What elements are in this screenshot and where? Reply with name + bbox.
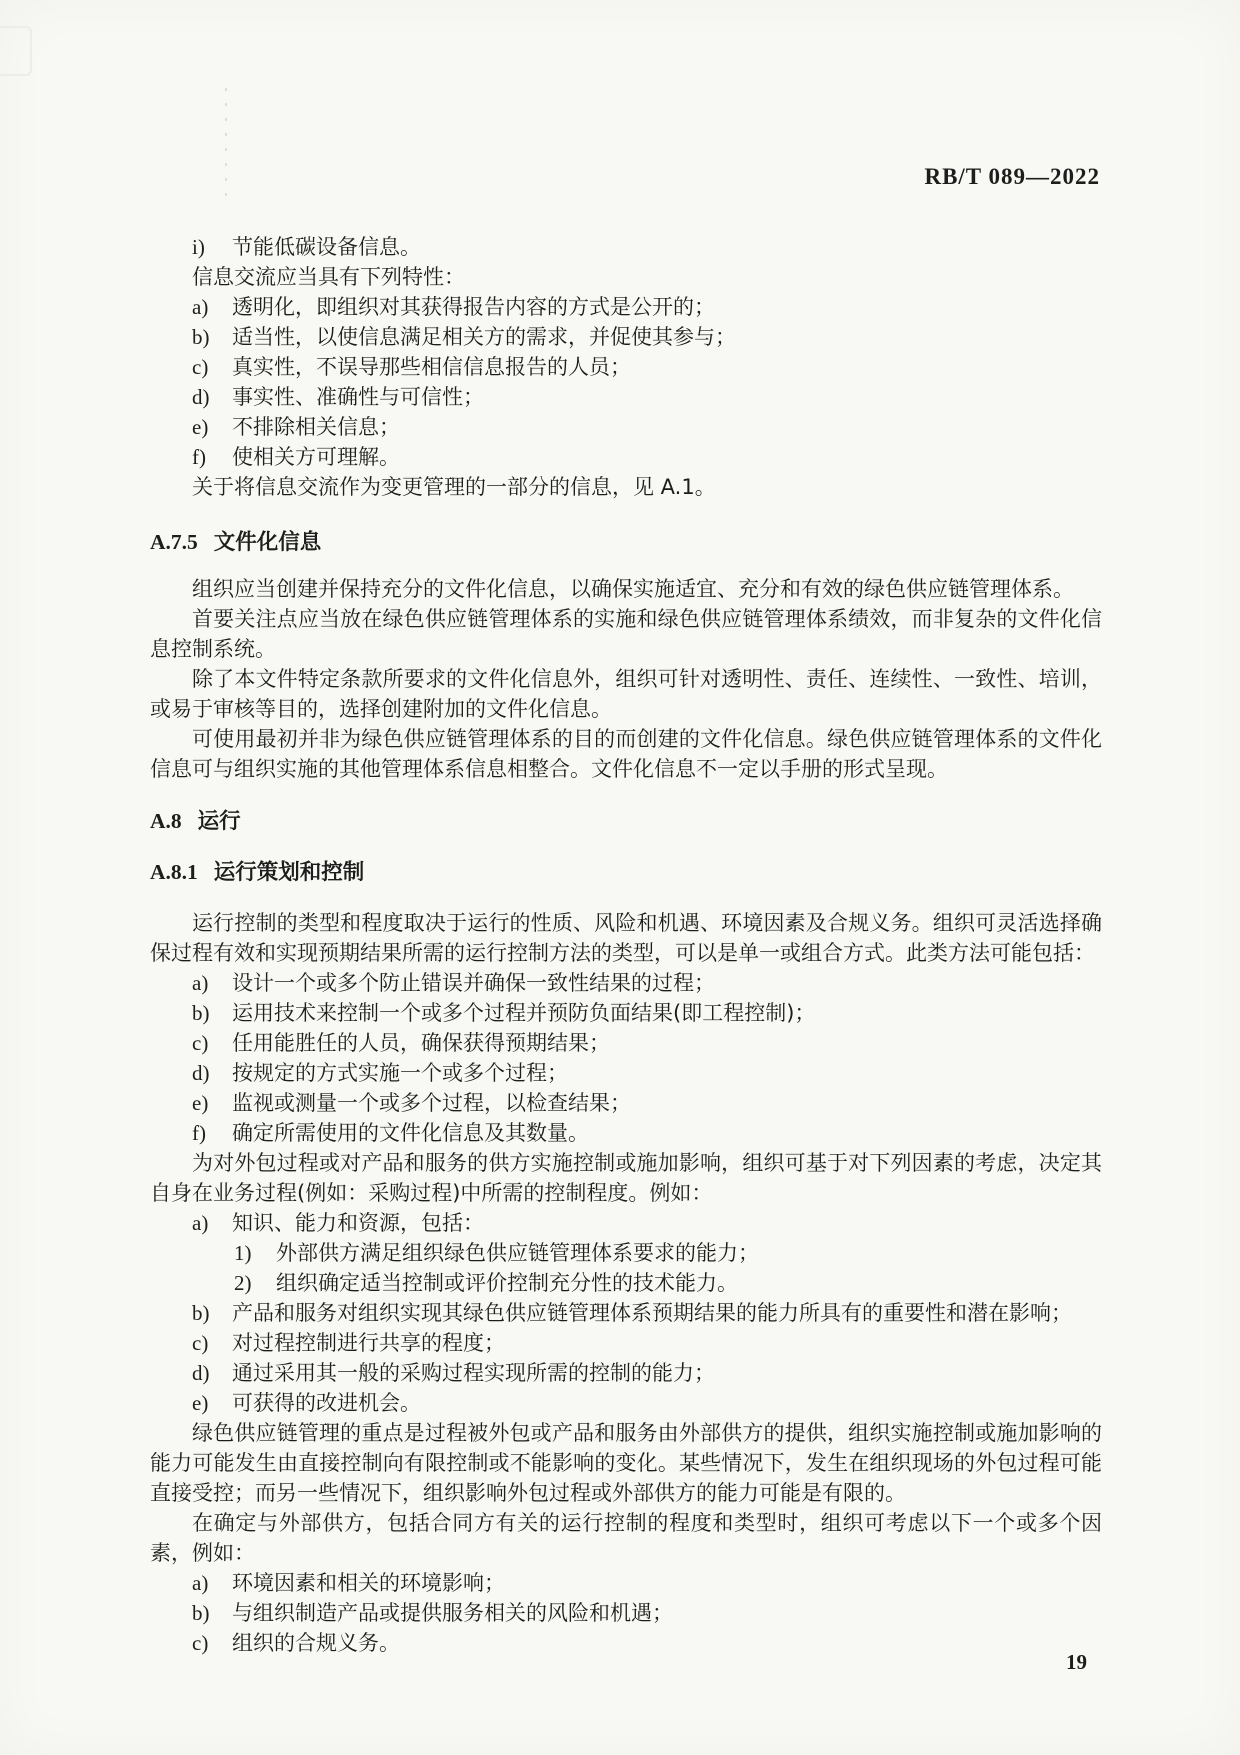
- list-item-text: 通过采用其一般的采购过程实现所需的控制的能力；: [232, 1361, 715, 1385]
- list-item: d)事实性、准确性与可信性；: [150, 382, 1102, 412]
- list-item: c)组织的合规义务。: [150, 1628, 1102, 1658]
- list-item-label: f): [192, 1118, 206, 1148]
- list-item: e)监视或测量一个或多个过程，以检查结果；: [150, 1088, 1102, 1118]
- list-item: b)与组织制造产品或提供服务相关的风险和机遇；: [150, 1598, 1102, 1628]
- paragraph: 在确定与外部供方，包括合同方有关的运行控制的程度和类型时，组织可考虑以下一个或多…: [150, 1508, 1102, 1568]
- list-item-label: c): [192, 1628, 208, 1658]
- list-item: a)透明化，即组织对其获得报告内容的方式是公开的；: [150, 292, 1102, 322]
- list-item-text: 组织确定适当控制或评价控制充分性的技术能力。: [276, 1271, 738, 1295]
- list-item-text: 与组织制造产品或提供服务相关的风险和机遇；: [232, 1601, 673, 1625]
- list-item-text: 适当性，以使信息满足相关方的需求，并促使其参与；: [232, 325, 736, 349]
- paragraph: 首要关注点应当放在绿色供应链管理体系的实施和绿色供应链管理体系绩效，而非复杂的文…: [150, 604, 1102, 664]
- list-item-text: 组织的合规义务。: [232, 1631, 400, 1655]
- sub-list-item: 2)组织确定适当控制或评价控制充分性的技术能力。: [150, 1268, 1102, 1298]
- list-item-label: d): [192, 1058, 210, 1088]
- list-item-text: 使相关方可理解。: [232, 445, 400, 469]
- list-item-label: i): [192, 232, 205, 262]
- list-item-label: b): [192, 1298, 210, 1328]
- section-number: A.8.1: [150, 860, 198, 884]
- section-number: A.7.5: [150, 530, 198, 554]
- section-heading-a75: A.7.5文件化信息: [150, 527, 1102, 558]
- list-item: b)运用技术来控制一个或多个过程并预防负面结果(即工程控制)；: [150, 998, 1102, 1028]
- sub-list-item: 1)外部供方满足组织绿色供应链管理体系要求的能力；: [150, 1238, 1102, 1268]
- list-item-text: 知识、能力和资源，包括：: [232, 1211, 484, 1235]
- section-title: 运行策划和控制: [214, 860, 365, 885]
- section-title: 文件化信息: [214, 530, 322, 555]
- list-item-text: 环境因素和相关的环境影响；: [232, 1571, 505, 1595]
- paragraph: 关于将信息交流作为变更管理的一部分的信息，见 A.1。: [150, 472, 1102, 502]
- list-item: f)使相关方可理解。: [150, 442, 1102, 472]
- list-item-text: 真实性，不误导那些相信信息报告的人员；: [232, 355, 631, 379]
- list-item-label: a): [192, 968, 208, 998]
- section-heading-a81: A.8.1运行策划和控制: [150, 857, 1102, 888]
- list-item-label: b): [192, 998, 210, 1028]
- list-item-label: d): [192, 1358, 210, 1388]
- list-item-label: a): [192, 1568, 208, 1598]
- list-item-label: 2): [234, 1268, 252, 1298]
- list-item: a)设计一个或多个防止错误并确保一致性结果的过程；: [150, 968, 1102, 998]
- list-item-label: e): [192, 412, 208, 442]
- list-item-label: a): [192, 292, 208, 322]
- list-item-text: 设计一个或多个防止错误并确保一致性结果的过程；: [232, 971, 715, 995]
- list-item: b)适当性，以使信息满足相关方的需求，并促使其参与；: [150, 322, 1102, 352]
- section-heading-a8: A.8运行: [150, 806, 1102, 837]
- list-item: b)产品和服务对组织实现其绿色供应链管理体系预期结果的能力所具有的重要性和潜在影…: [150, 1298, 1102, 1328]
- list-item-text: 确定所需使用的文件化信息及其数量。: [232, 1121, 589, 1145]
- paragraph: 可使用最初并非为绿色供应链管理体系的目的而创建的文件化信息。绿色供应链管理体系的…: [150, 724, 1102, 784]
- list-item-text: 透明化，即组织对其获得报告内容的方式是公开的；: [232, 295, 715, 319]
- list-item: i)节能低碳设备信息。: [150, 232, 1102, 262]
- list-item-label: e): [192, 1088, 208, 1118]
- list-item-label: b): [192, 322, 210, 352]
- list-item-label: a): [192, 1208, 208, 1238]
- list-item: e)不排除相关信息；: [150, 412, 1102, 442]
- page-content: i)节能低碳设备信息。 信息交流应当具有下列特性： a)透明化，即组织对其获得报…: [150, 232, 1102, 1658]
- list-item-text: 任用能胜任的人员，确保获得预期结果；: [232, 1031, 610, 1055]
- list-item: a)知识、能力和资源，包括：: [150, 1208, 1102, 1238]
- list-item-label: f): [192, 442, 206, 472]
- list-item-text: 产品和服务对组织实现其绿色供应链管理体系预期结果的能力所具有的重要性和潜在影响；: [232, 1301, 1072, 1325]
- document-code: RB/T 089—2022: [924, 164, 1100, 190]
- document-page: RB/T 089—2022 i)节能低碳设备信息。 信息交流应当具有下列特性： …: [0, 0, 1240, 1755]
- list-item: c)任用能胜任的人员，确保获得预期结果；: [150, 1028, 1102, 1058]
- page-number: 19: [1066, 1650, 1087, 1675]
- paragraph: 信息交流应当具有下列特性：: [150, 262, 1102, 292]
- list-item-text: 按规定的方式实施一个或多个过程；: [232, 1061, 568, 1085]
- list-item: d)按规定的方式实施一个或多个过程；: [150, 1058, 1102, 1088]
- list-item: f)确定所需使用的文件化信息及其数量。: [150, 1118, 1102, 1148]
- paragraph: 绿色供应链管理的重点是过程被外包或产品和服务由外部供方的提供，组织实施控制或施加…: [150, 1418, 1102, 1508]
- list-item-label: c): [192, 352, 208, 382]
- paragraph: 运行控制的类型和程度取决于运行的性质、风险和机遇、环境因素及合规义务。组织可灵活…: [150, 908, 1102, 968]
- list-item-text: 外部供方满足组织绿色供应链管理体系要求的能力；: [276, 1241, 759, 1265]
- list-item-text: 不排除相关信息；: [232, 415, 400, 439]
- list-item: c)真实性，不误导那些相信信息报告的人员；: [150, 352, 1102, 382]
- section-number: A.8: [150, 809, 182, 833]
- list-item-label: 1): [234, 1238, 252, 1268]
- list-item-label: e): [192, 1388, 208, 1418]
- list-item-text: 对过程控制进行共享的程度；: [232, 1331, 505, 1355]
- scan-artifact-dotted-line: [225, 88, 227, 206]
- paragraph: 除了本文件特定条款所要求的文件化信息外，组织可针对透明性、责任、连续性、一致性、…: [150, 664, 1102, 724]
- list-item: c)对过程控制进行共享的程度；: [150, 1328, 1102, 1358]
- list-item: a)环境因素和相关的环境影响；: [150, 1568, 1102, 1598]
- scan-artifact-corner: [0, 26, 32, 76]
- paragraph: 为对外包过程或对产品和服务的供方实施控制或施加影响，组织可基于对下列因素的考虑，…: [150, 1148, 1102, 1208]
- list-item-text: 监视或测量一个或多个过程，以检查结果；: [232, 1091, 631, 1115]
- list-item-label: c): [192, 1028, 208, 1058]
- list-item: e)可获得的改进机会。: [150, 1388, 1102, 1418]
- list-item-label: d): [192, 382, 210, 412]
- section-title: 运行: [198, 809, 241, 834]
- list-item-text: 事实性、准确性与可信性；: [232, 385, 484, 409]
- list-item-text: 节能低碳设备信息。: [232, 235, 421, 259]
- list-item-label: c): [192, 1328, 208, 1358]
- list-item-label: b): [192, 1598, 210, 1628]
- paragraph: 组织应当创建并保持充分的文件化信息，以确保实施适宜、充分和有效的绿色供应链管理体…: [150, 574, 1102, 604]
- list-item-text: 可获得的改进机会。: [232, 1391, 421, 1415]
- list-item-text: 运用技术来控制一个或多个过程并预防负面结果(即工程控制)；: [232, 1001, 815, 1025]
- list-item: d)通过采用其一般的采购过程实现所需的控制的能力；: [150, 1358, 1102, 1388]
